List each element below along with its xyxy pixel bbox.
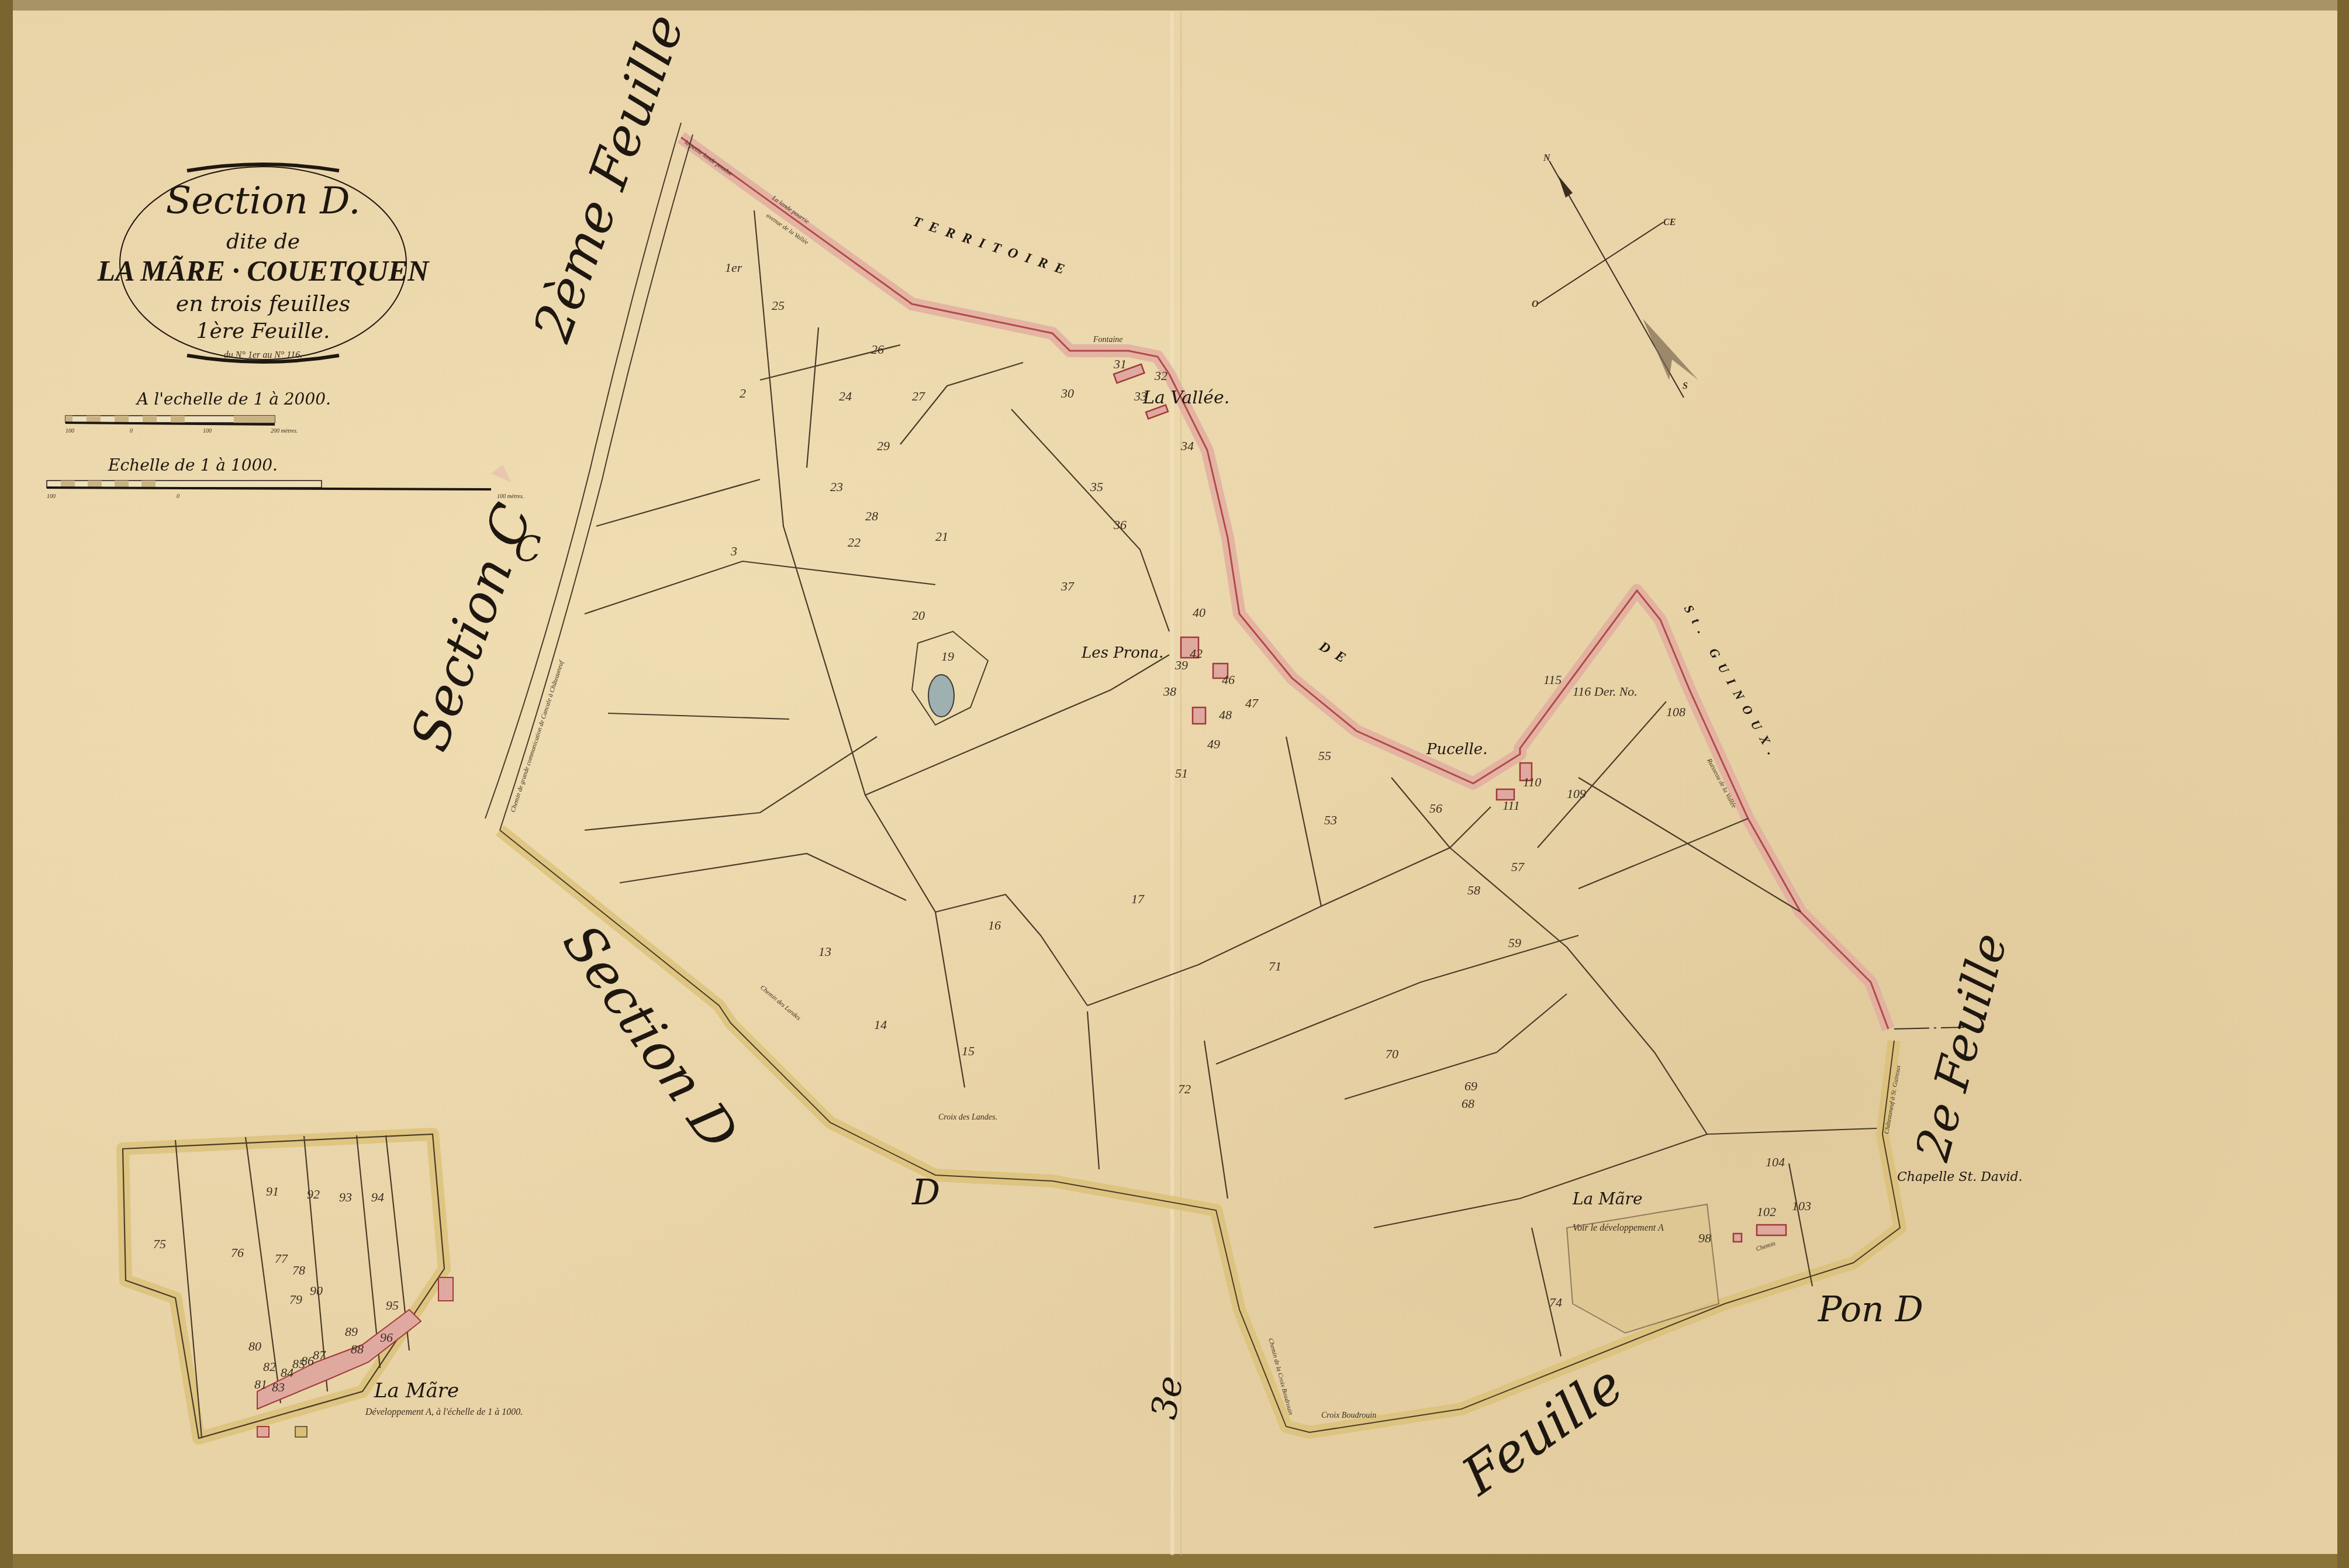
pond <box>928 675 954 717</box>
svg-text:33: 33 <box>1134 389 1147 403</box>
label-pon-d: Pon D <box>1818 1289 1923 1330</box>
svg-text:23: 23 <box>830 479 843 494</box>
cartouche-sheet: 1ère Feuille. <box>196 319 330 343</box>
scale-2000-tick-0: 100 <box>65 428 74 434</box>
svg-text:36: 36 <box>1113 517 1127 532</box>
svg-text:93: 93 <box>339 1190 352 1204</box>
svg-text:42: 42 <box>1190 646 1203 661</box>
svg-text:19: 19 <box>941 649 954 664</box>
svg-text:84: 84 <box>281 1365 293 1380</box>
svg-text:88: 88 <box>351 1342 364 1356</box>
label-st-guinoux: St. GUINOUX. <box>1681 602 1783 764</box>
svg-text:115: 115 <box>1543 672 1562 687</box>
scale-1000-tick-0: 100 <box>47 493 56 500</box>
svg-text:40: 40 <box>1193 605 1205 620</box>
svg-text:110: 110 <box>1523 775 1541 789</box>
svg-text:96: 96 <box>380 1330 393 1345</box>
svg-text:75: 75 <box>153 1237 166 1251</box>
svg-text:53: 53 <box>1324 813 1337 827</box>
label-fontaine: Fontaine <box>1093 336 1123 344</box>
svg-text:69: 69 <box>1464 1079 1477 1093</box>
cartouche-name: LA MÃRE · COUETQUEN <box>97 254 430 287</box>
compass-ce: CE <box>1663 217 1676 227</box>
svg-text:68: 68 <box>1462 1096 1474 1111</box>
svg-text:31: 31 <box>1113 357 1127 371</box>
svg-text:86: 86 <box>301 1353 314 1368</box>
label-chemin: Chemin <box>1755 1240 1777 1253</box>
svg-text:103: 103 <box>1792 1199 1811 1213</box>
label-voir-developpement: Voir le développement A <box>1573 1223 1664 1233</box>
label-petite-lande: la petite lande poudue <box>683 139 734 178</box>
svg-text:30: 30 <box>1060 386 1074 400</box>
label-les-prona: Les Prona. <box>1081 644 1163 662</box>
label-d-bottom: D <box>911 1172 940 1213</box>
svg-text:56: 56 <box>1429 801 1442 816</box>
label-2e-feuille-right: 2e Feuille <box>1905 928 2018 1167</box>
svg-text:21: 21 <box>935 529 948 544</box>
svg-text:79: 79 <box>289 1292 302 1307</box>
scale-1000-tick-end: 100 mètres. <box>497 493 524 500</box>
svg-text:25: 25 <box>772 298 785 313</box>
svg-text:71: 71 <box>1269 959 1281 973</box>
north-arrow-icon <box>1558 175 1573 198</box>
inset-title: La Mãre <box>374 1379 459 1403</box>
svg-text:102: 102 <box>1757 1204 1776 1219</box>
svg-text:16: 16 <box>988 918 1001 932</box>
cartouche-dite-de: dite de <box>226 230 300 254</box>
label-pucelle: Pucelle. <box>1426 741 1487 758</box>
svg-text:29: 29 <box>877 438 890 453</box>
cartouche: Section D. dite de LA MÃRE · COUETQUEN e… <box>97 164 430 362</box>
svg-text:34: 34 <box>1180 438 1194 453</box>
label-2eme-feuille-left: 2ème Feuille <box>521 6 696 350</box>
svg-text:98: 98 <box>1698 1231 1711 1245</box>
scale-2000-tick-100: 100 <box>203 428 212 434</box>
inset-caption: Développement A, à l'échelle de 1 à 1000… <box>365 1407 523 1417</box>
svg-text:94: 94 <box>371 1190 384 1204</box>
svg-text:27: 27 <box>912 389 925 403</box>
cartouche-range: du N° 1er au N° 116. <box>224 350 302 360</box>
svg-text:109: 109 <box>1567 786 1586 801</box>
svg-text:2: 2 <box>740 386 746 400</box>
svg-text:90: 90 <box>310 1283 323 1298</box>
svg-text:77: 77 <box>275 1251 288 1266</box>
svg-text:47: 47 <box>1245 696 1259 710</box>
svg-text:13: 13 <box>818 944 831 959</box>
svg-text:28: 28 <box>865 509 878 523</box>
svg-text:32: 32 <box>1154 368 1167 383</box>
svg-text:26: 26 <box>871 342 884 357</box>
scale-1000-tick-zero: 0 <box>177 493 179 500</box>
cartouche-subtitle: en trois feuilles <box>176 291 351 316</box>
svg-text:3: 3 <box>730 544 737 558</box>
cartouche-section: Section D. <box>165 179 360 223</box>
svg-text:116 Der. No.: 116 Der. No. <box>1573 684 1638 699</box>
label-territoire: TERRITOIRE <box>911 214 1074 280</box>
svg-text:51: 51 <box>1175 766 1188 780</box>
svg-text:108: 108 <box>1666 704 1685 719</box>
svg-text:91: 91 <box>266 1184 279 1199</box>
scale-2000-tick-end: 200 mètres. <box>271 428 298 434</box>
svg-text:37: 37 <box>1060 579 1075 593</box>
south-feather-icon <box>1643 319 1698 380</box>
label-chemin-des-landes: Chemin des Landes <box>759 984 802 1022</box>
svg-text:1er: 1er <box>725 260 742 275</box>
svg-text:72: 72 <box>1178 1082 1191 1096</box>
compass-s: S <box>1683 381 1688 391</box>
svg-text:95: 95 <box>386 1298 399 1313</box>
svg-text:48: 48 <box>1219 707 1232 722</box>
svg-text:78: 78 <box>292 1263 305 1277</box>
svg-text:24: 24 <box>839 389 852 403</box>
svg-text:55: 55 <box>1318 748 1331 763</box>
svg-text:39: 39 <box>1174 658 1188 672</box>
label-croix-boudrouin: Croix Boudrouin <box>1321 1411 1376 1420</box>
scale-1000-title: Echelle de 1 à 1000. <box>108 455 278 475</box>
inset-development-a: 75 76 77 78 79 80 81 82 83 84 85 86 87 8… <box>123 1134 523 1438</box>
svg-text:70: 70 <box>1386 1047 1398 1061</box>
svg-text:92: 92 <box>307 1187 320 1201</box>
scale-2000-tick-zero: 0 <box>130 428 133 434</box>
svg-text:22: 22 <box>848 535 861 550</box>
compass-n: N <box>1543 153 1551 163</box>
label-chemin-grande-communication: Chemin de grande communication de Cancal… <box>509 659 565 813</box>
svg-text:81: 81 <box>254 1377 267 1391</box>
scale-bar-2000: A l'echelle de 1 à 2000. 100 0 100 200 m… <box>65 389 331 434</box>
map-frame: Section D. dite de LA MÃRE · COUETQUEN e… <box>0 0 2349 1568</box>
label-chapelle-st-david: Chapelle St. David. <box>1897 1170 2023 1184</box>
svg-text:20: 20 <box>912 608 925 623</box>
svg-text:46: 46 <box>1222 672 1235 687</box>
svg-text:59: 59 <box>1508 935 1521 950</box>
label-de: DE <box>1316 638 1355 670</box>
svg-text:76: 76 <box>231 1245 244 1260</box>
cadastral-map[interactable]: Section D. dite de LA MÃRE · COUETQUEN e… <box>0 0 2349 1568</box>
label-croix-des-landes: Croix des Landes. <box>938 1113 997 1122</box>
svg-text:80: 80 <box>248 1339 261 1353</box>
svg-text:35: 35 <box>1090 479 1103 494</box>
svg-text:82: 82 <box>263 1359 276 1374</box>
svg-text:14: 14 <box>874 1017 887 1032</box>
svg-text:49: 49 <box>1207 737 1220 751</box>
scale-bar-1000: Echelle de 1 à 1000. 100 0 100 mètres. <box>47 455 524 500</box>
svg-text:15: 15 <box>962 1044 975 1058</box>
svg-text:89: 89 <box>345 1324 358 1339</box>
svg-text:38: 38 <box>1163 684 1176 699</box>
svg-text:83: 83 <box>272 1380 285 1394</box>
svg-text:57: 57 <box>1511 859 1525 874</box>
label-3e: 3e <box>1144 1373 1191 1422</box>
svg-text:74: 74 <box>1549 1295 1562 1310</box>
label-la-vallee: La Vallée. <box>1142 388 1229 408</box>
compass-rose: N CE O S <box>1532 153 1698 398</box>
svg-text:58: 58 <box>1467 883 1480 897</box>
label-la-mare: La Mãre <box>1572 1189 1643 1208</box>
svg-text:17: 17 <box>1131 892 1145 906</box>
svg-text:87: 87 <box>313 1348 326 1362</box>
label-section-c: Section C <box>399 496 544 758</box>
svg-text:111: 111 <box>1502 798 1520 813</box>
svg-text:104: 104 <box>1766 1155 1785 1169</box>
scale-2000-title: A l'echelle de 1 à 2000. <box>135 389 331 409</box>
compass-o: O <box>1532 299 1539 309</box>
